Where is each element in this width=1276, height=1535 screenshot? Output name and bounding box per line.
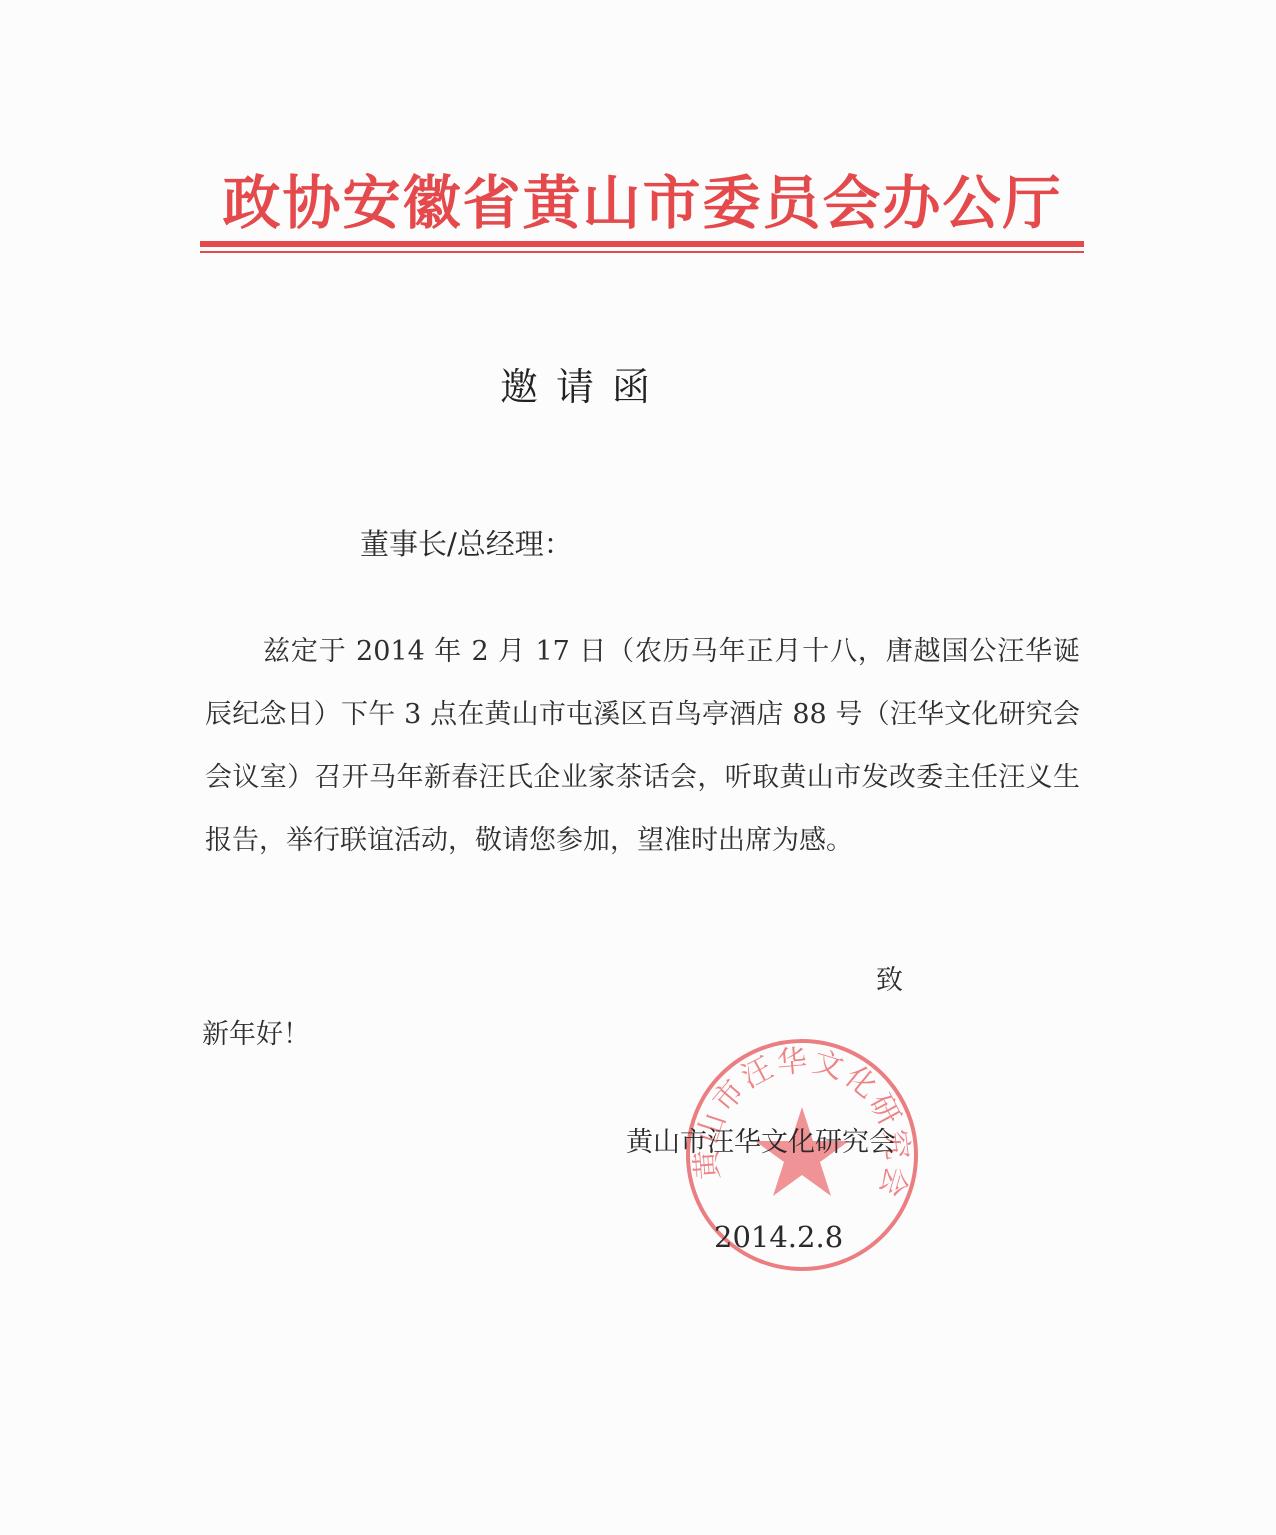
document-title: 邀请函 — [500, 356, 710, 411]
salutation: 董事长/总经理： — [360, 522, 573, 563]
signature-date: 2014.2.8 — [714, 1220, 843, 1254]
closing-zhi: 致 — [876, 958, 903, 997]
letterhead-rule-thick — [200, 241, 1084, 247]
letterhead-organization: 政协安徽省黄山市委员会办公厅 — [200, 168, 1085, 238]
invitation-letter-page: 政协安徽省黄山市委员会办公厅 邀请函 董事长/总经理： 兹定于 2014 年 2… — [0, 0, 1276, 1535]
letterhead-rule-thin — [200, 251, 1084, 253]
closing-greeting: 新年好！ — [202, 1012, 310, 1051]
body-paragraph: 兹定于 2014 年 2 月 17 日（农历马年正月十八，唐越国公汪华诞辰纪念日… — [205, 620, 1080, 872]
signature-organization: 黄山市汪华文化研究会 — [626, 1120, 896, 1159]
